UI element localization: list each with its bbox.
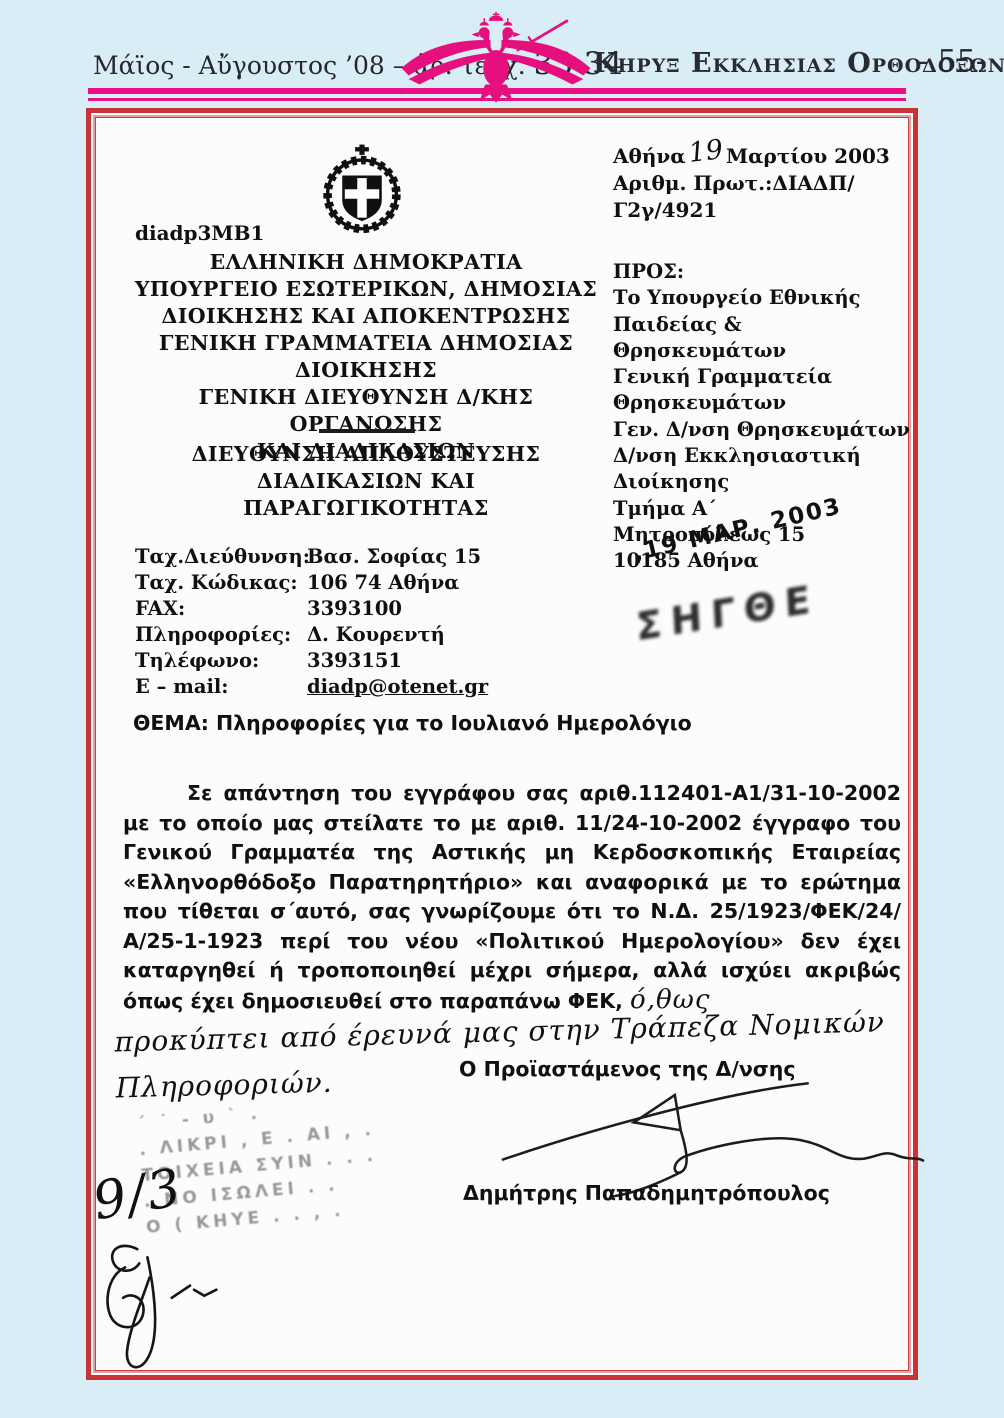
contact-value: 3393151	[307, 649, 402, 672]
greek-coat-of-arms-icon	[319, 139, 405, 243]
ministry-line: ΕΛΛΗΝΙΚΗ ΔΗΜΟΚΡΑΤΙΑ	[131, 249, 601, 276]
contact-value: 3393100	[307, 597, 402, 620]
recipient-line: Παιδείας & Θρησκευμάτων	[613, 312, 913, 365]
contact-label: Ταχ. Κώδικας:	[135, 571, 307, 594]
protocol-line: Γ2γ/4921	[613, 197, 890, 224]
contact-row: E – mail:diadp@otenet.gr	[135, 675, 488, 698]
date-city: Αθήνα	[613, 144, 686, 168]
date-month-year: Μαρτίου 2003	[726, 144, 890, 168]
ministry-line: ΔΙΟΙΚΗΣΗΣ	[131, 357, 601, 384]
contact-value: Βασ. Σοφίας 15	[307, 545, 481, 568]
contact-value: Δ. Κουρεντή	[307, 623, 445, 646]
division-line: ΔΙΑΔΙΚΑΣΙΩΝ ΚΑΙ ΠΑΡΑΓΩΓΙΚΟΤΗΤΑΣ	[131, 468, 601, 522]
recipient-label: ΠΡΟΣ:	[613, 259, 913, 285]
contact-row: FAX:3393100	[135, 597, 402, 620]
magazine-page: Μάϊος - Αὔγουστος ’08 – ἀρ. τεύχ. 33-34 …	[0, 0, 1004, 1418]
illegible-ink-stamp: ΣΗΓΘΕ	[635, 576, 820, 649]
contact-row: Τηλέφωνο:3393151	[135, 649, 402, 672]
protocol-line: Αριθμ. Πρωτ.:ΔΙΑΔΠ/	[613, 170, 890, 197]
contact-label: E – mail:	[135, 675, 307, 698]
handwritten-initials-flourish	[93, 1239, 283, 1381]
contact-email: diadp@otenet.gr	[307, 675, 488, 698]
page-number: - 55-	[918, 44, 986, 79]
subject-line: ΘΕΜΑ: Πληροφορίες για το Ιουλιανό Ημερολ…	[133, 711, 692, 735]
division-header: ΔΙΕΥΘΥΝΣΗ ΑΠΛΟΥΣΤΕΥΣΗΣ ΔΙΑΔΙΚΑΣΙΩΝ ΚΑΙ Π…	[131, 441, 601, 522]
contact-label: Πληροφορίες:	[135, 623, 307, 646]
contact-row: Ταχ. Κώδικας:106 74 Αθήνα	[135, 571, 459, 594]
recipient-line: Δ/νση Εκκλησιαστική	[613, 443, 913, 469]
double-headed-eagle-icon	[396, 10, 596, 110]
contact-label: Τηλέφωνο:	[135, 649, 307, 672]
recipient-line: Γεν. Δ/νση Θρησκευμάτων	[613, 417, 913, 443]
letter-body: Σε απάντηση του εγγράφου σας αριθ.112401…	[123, 779, 901, 1016]
contact-row: Ταχ.Διεύθυνση:Βασ. Σοφίας 15	[135, 545, 481, 568]
date-protocol-block: Αθήνα19Μαρτίου 2003 Αριθμ. Πρωτ.:ΔΙΑΔΠ/ …	[613, 141, 890, 224]
ministry-line: ΥΠΟΥΡΓΕΙΟ ΕΣΩΤΕΡΙΚΩΝ, ΔΗΜΟΣΙΑΣ	[131, 276, 601, 303]
contact-row: Πληροφορίες:Δ. Κουρεντή	[135, 623, 445, 646]
division-line: ΔΙΕΥΘΥΝΣΗ ΑΠΛΟΥΣΤΕΥΣΗΣ	[131, 441, 601, 468]
contact-value: 106 74 Αθήνα	[307, 571, 459, 594]
ministry-line: ΔΙΟΙΚΗΣΗΣ ΚΑΙ ΑΠΟΚΕΝΤΡΩΣΗΣ	[131, 303, 601, 330]
date-line: Αθήνα19Μαρτίου 2003	[613, 141, 890, 170]
body-typed-text: Σε απάντηση του εγγράφου σας αριθ.112401…	[123, 781, 901, 1013]
scanned-letter: diadp3MB1 ΕΛΛΗΝΙΚΗ ΔΗΜΟΚΡΑΤΙΑ ΥΠΟΥΡΓΕΙΟ …	[86, 108, 918, 1380]
recipient-line: Θρησκευμάτων	[613, 390, 913, 416]
recipient-line: Γενική Γραμματεία	[613, 364, 913, 390]
contact-label: FAX:	[135, 597, 307, 620]
recipient-line: Διοίκησης	[613, 469, 913, 495]
handwritten-day: 19	[684, 136, 727, 168]
section-divider	[319, 429, 415, 433]
ministry-line: ΓΕΝΙΚΗ ΓΡΑΜΜΑΤΕΙΑ ΔΗΜΟΣΙΑΣ	[131, 330, 601, 357]
recipient-line: Το Υπουργείο Εθνικής	[613, 285, 913, 311]
document-code: diadp3MB1	[135, 221, 264, 245]
contact-label: Ταχ.Διεύθυνση:	[135, 545, 307, 568]
signatory-name: Δημήτρης Παπαδημητρόπουλος	[463, 1181, 830, 1205]
